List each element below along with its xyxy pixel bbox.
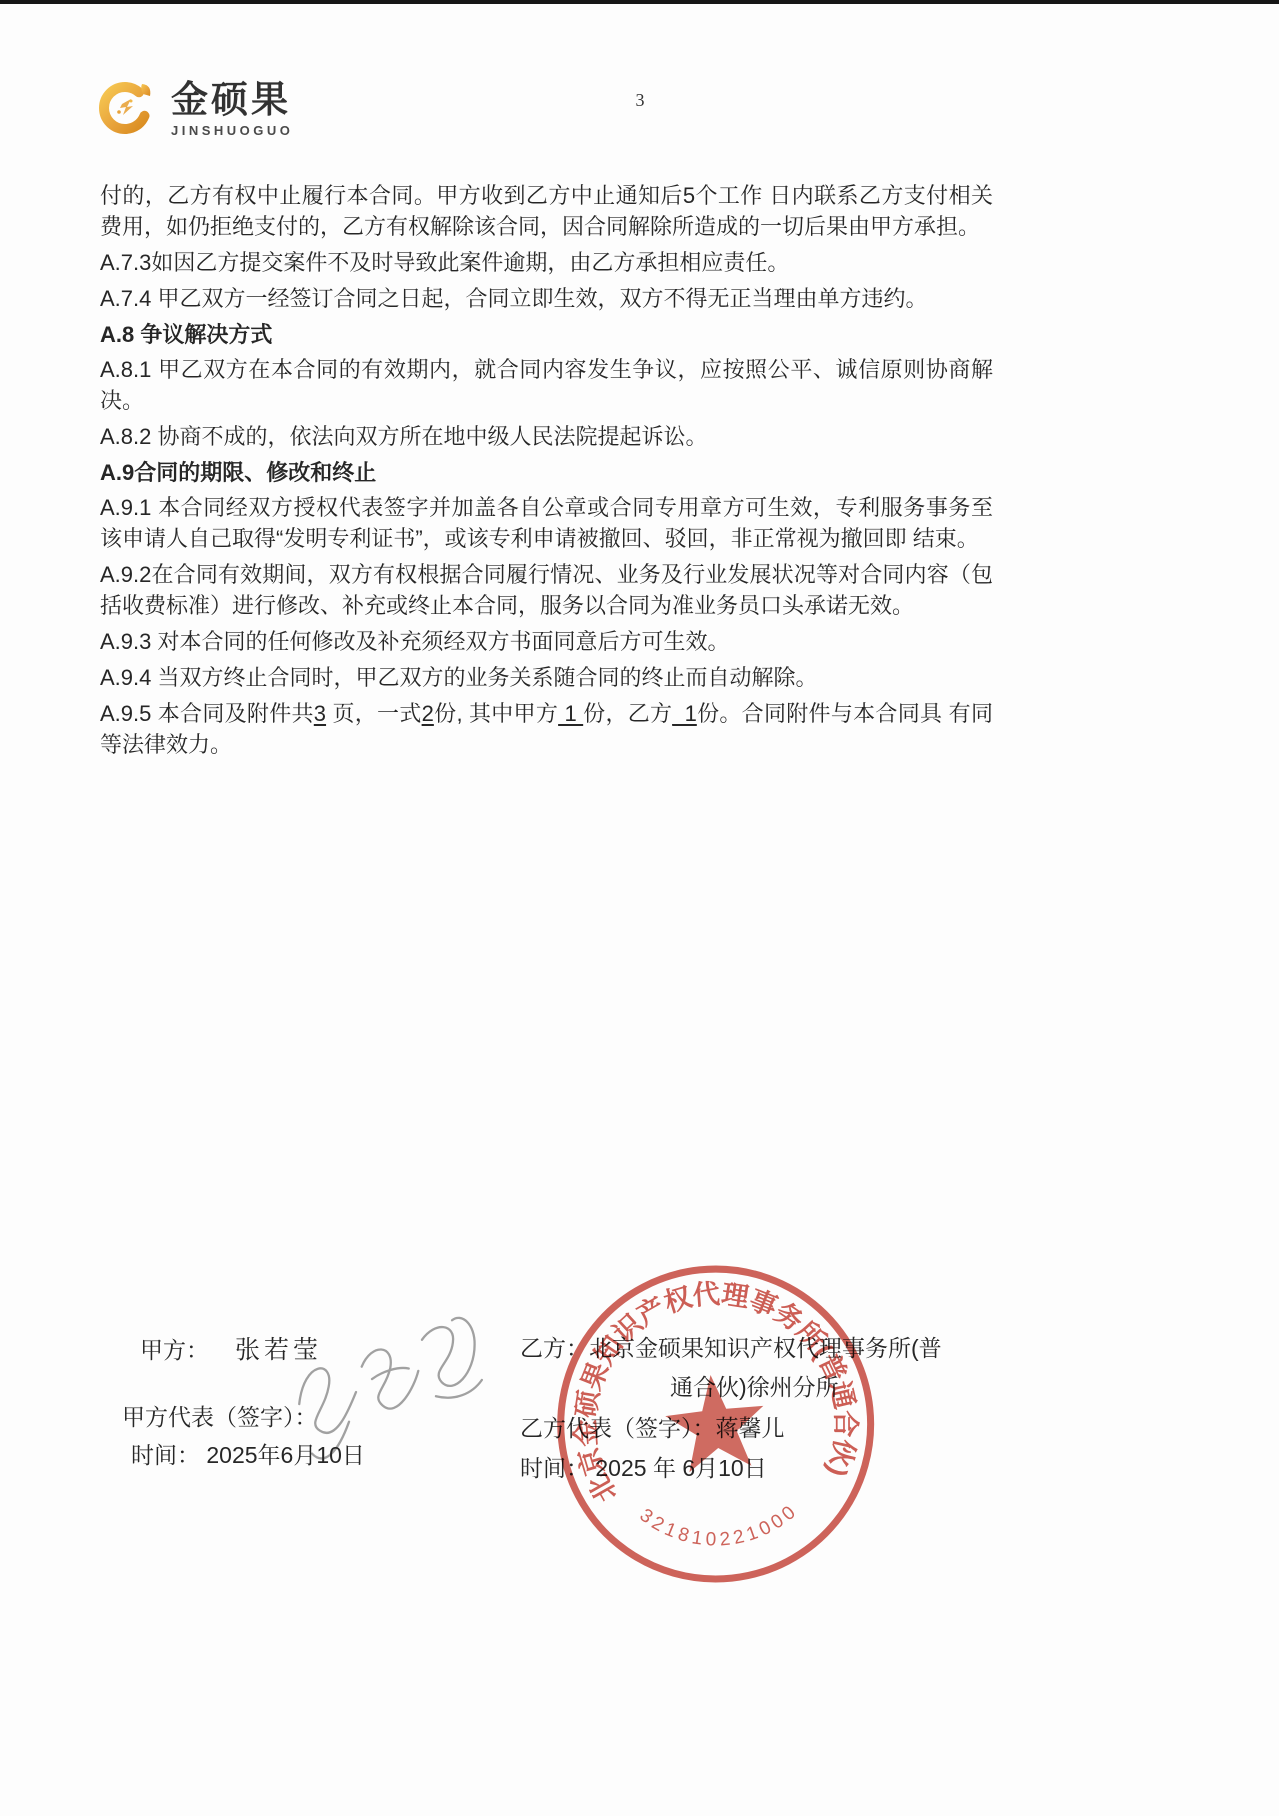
seal-ring-text: 北京金硕果知识产权代理事务所(普通合伙)徐州分所	[533, 1242, 868, 1514]
signature-section: 甲方： 张若莹 甲方代表（签字）： 时间： 2025年6月10日 乙方： 北京金…	[0, 0, 1279, 1816]
party-a-date-line: 时间： 2025年6月10日	[131, 1437, 365, 1470]
svg-text:北京金硕果知识产权代理事务所(普通合伙)徐州分所: 北京金硕果知识产权代理事务所(普通合伙)徐州分所	[533, 1242, 868, 1514]
party-a-representative-line: 甲方代表（签字）：	[122, 1399, 318, 1432]
svg-text:321810221000: 321810221000	[634, 1489, 806, 1559]
company-seal-stamp: 北京金硕果知识产权代理事务所(普通合伙)徐州分所 321810221000	[533, 1242, 899, 1613]
seal-number: 321810221000	[634, 1489, 806, 1559]
party-a-label: 甲方：	[140, 1332, 209, 1365]
seal-star	[662, 1370, 770, 1474]
contract-page: 金硕果 JINSHUOGUO 3 付的，乙方有权中止履行本合同。甲方收到乙方中止…	[0, 0, 1279, 1816]
